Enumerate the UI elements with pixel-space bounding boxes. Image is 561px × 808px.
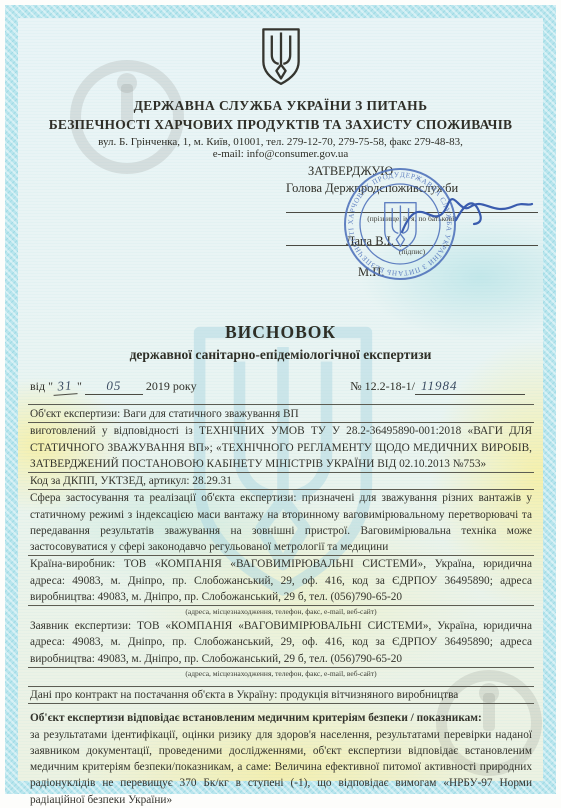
object-details-paragraph: виготовлений у відповідності із ТЕХНІЧНИ… (28, 423, 534, 472)
agency-name-line1: ДЕРЖАВНА СЛУЖБА УКРАЇНИ З ПИТАНЬ (18, 98, 543, 114)
handwritten-month: 05 (85, 378, 143, 395)
conclusion-heading: Об'єкт експертизи відповідає встановлени… (30, 712, 482, 724)
producer-caption: (адреса, місцезнаходження, телефон, факс… (28, 606, 534, 618)
producer-paragraph: Країна-виробник: ТОВ «КОМПАНІЯ «ВАГОВИМІ… (28, 556, 534, 606)
date-suffix: 2019 року (146, 379, 197, 393)
code-line: Код за ДКПП, УКТЗЕД, артикул: 28.29.31 (28, 473, 534, 490)
applicant-caption: (адреса, місцезнаходження, телефон, факс… (28, 668, 534, 680)
document-body: Об'єкт експертизи: Ваги для статичного з… (28, 404, 534, 799)
certificate-page: ДЕРЖАВНА СЛУЖБА УКРАЇНИ З ПИТАНЬ БЕЗПЕЧН… (18, 18, 543, 781)
date-prefix: від " (30, 379, 53, 393)
document-header: ДЕРЖАВНА СЛУЖБА УКРАЇНИ З ПИТАНЬ БЕЗПЕЧН… (18, 26, 543, 160)
conclusion-text: за результатами ідентифікації, оцінки ри… (30, 729, 532, 799)
agency-name-line2: БЕЗПЕЧНОСТІ ХАРЧОВИХ ПРОДУКТІВ ТА ЗАХИСТ… (18, 117, 543, 133)
conclusion-paragraph: Об'єкт експертизи відповідає встановлени… (28, 710, 534, 799)
number-line: № 12.2-18-1/11984 (350, 378, 525, 395)
document-title-block: ВИСНОВОК державної санітарно-епідеміолог… (18, 322, 543, 363)
agency-address: вул. Б. Грінченка, 1, м. Київ, 01001, те… (18, 136, 543, 148)
contract-line: Дані про контракт на постачання об'єкта … (28, 687, 534, 704)
handwritten-day: 31 (52, 377, 77, 396)
tryzub-emblem-icon (258, 26, 304, 88)
applicant-paragraph: Заявник експертизи: ТОВ «КОМПАНІЯ «ВАГОВ… (28, 618, 534, 668)
date-quote-close: " (77, 379, 82, 393)
date-line: від "31" 05 2019 року (30, 378, 197, 395)
number-label: № 12.2-18-1/ (350, 379, 415, 393)
signature-scribble (396, 180, 536, 266)
scope-paragraph: Сфера застосування та реалізації об'єкта… (28, 490, 534, 556)
document-title: ВИСНОВОК (18, 322, 543, 343)
document-subtitle: державної санітарно-епідеміологічної екс… (18, 347, 543, 363)
object-of-expertise-line: Об'єкт експертизи: Ваги для статичного з… (28, 405, 534, 423)
handwritten-number: 11984 (415, 378, 525, 395)
agency-email: e-mail: info@consumer.gov.ua (18, 148, 543, 160)
certificate-border-frame: ДЕРЖАВНА СЛУЖБА УКРАЇНИ З ПИТАНЬ БЕЗПЕЧН… (5, 5, 556, 794)
